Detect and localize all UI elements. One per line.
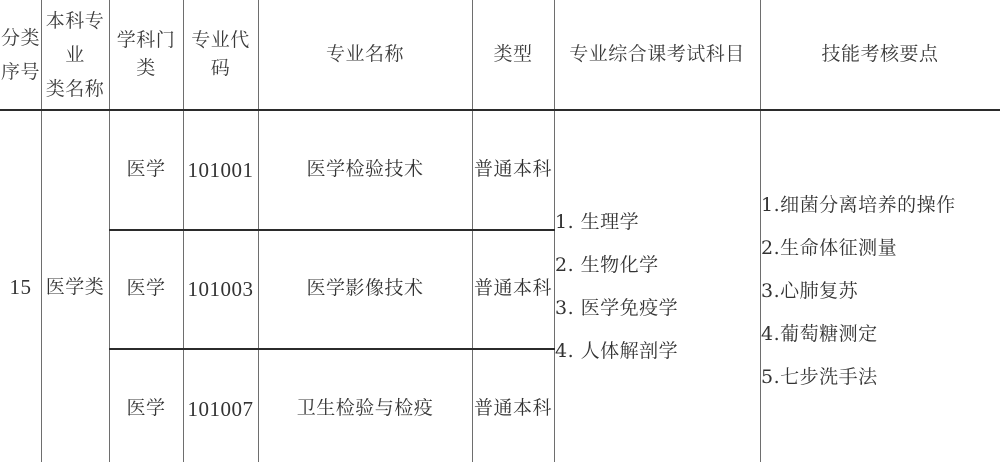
row3-discipline: 医学 [109,350,183,462]
row3-code: 101007 [183,350,258,462]
skill-points-list: 1.细菌分离培养的操作 2.生命体征测量 3.心肺复苏 4.葡萄糖测定 5.七步… [761,184,1000,399]
header-seq-line2: 序号 [1,55,40,89]
row2-discipline: 医学 [109,230,183,348]
row3-type: 普通本科 [472,350,554,462]
header-seq: 分类 序号 [0,0,41,109]
skill-point-item: 3.心肺复苏 [761,270,1000,313]
row2-major: 医学影像技术 [258,230,472,348]
row1-type: 普通本科 [472,111,554,229]
header-exam-subjects: 专业综合课考试科目 [554,0,760,109]
row3-major: 卫生检验与检疫 [258,350,472,462]
header-major: 专业名称 [258,0,472,109]
skill-point-item: 5.七步洗手法 [761,356,1000,399]
exam-subject-item: 2. 生物化学 [555,244,759,287]
exam-subject-item: 4. 人体解剖学 [555,330,759,373]
header-seq-line1: 分类 [1,21,40,55]
skill-point-item: 4.葡萄糖测定 [761,313,1000,356]
row1-code: 101001 [183,111,258,229]
header-skill-points: 技能考核要点 [760,0,1000,109]
skill-point-item: 2.生命体征测量 [761,227,1000,270]
header-category-line2: 类名称 [46,72,105,106]
group-category: 医学类 [41,111,109,462]
header-discipline: 学科门类 [109,0,183,109]
exam-subjects-list: 1. 生理学 2. 生物化学 3. 医学免疫学 4. 人体解剖学 [555,201,759,373]
row1-major: 医学检验技术 [258,111,472,229]
header-category: 本科专业 类名称 [41,0,109,109]
row2-type: 普通本科 [472,230,554,348]
row2-code: 101003 [183,230,258,348]
header-category-line1: 本科专业 [41,4,109,72]
header-code: 专业代码 [183,0,258,109]
exam-subject-item: 3. 医学免疫学 [555,287,759,330]
skill-point-item: 1.细菌分离培养的操作 [761,184,1000,227]
major-exam-table: 分类 序号 本科专业 类名称 学科门类 专业代码 专业名称 类型 专业综合课考试… [0,0,1000,462]
header-type: 类型 [472,0,554,109]
exam-subject-item: 1. 生理学 [555,201,759,244]
row1-discipline: 医学 [109,111,183,229]
group-seq: 15 [0,111,41,462]
